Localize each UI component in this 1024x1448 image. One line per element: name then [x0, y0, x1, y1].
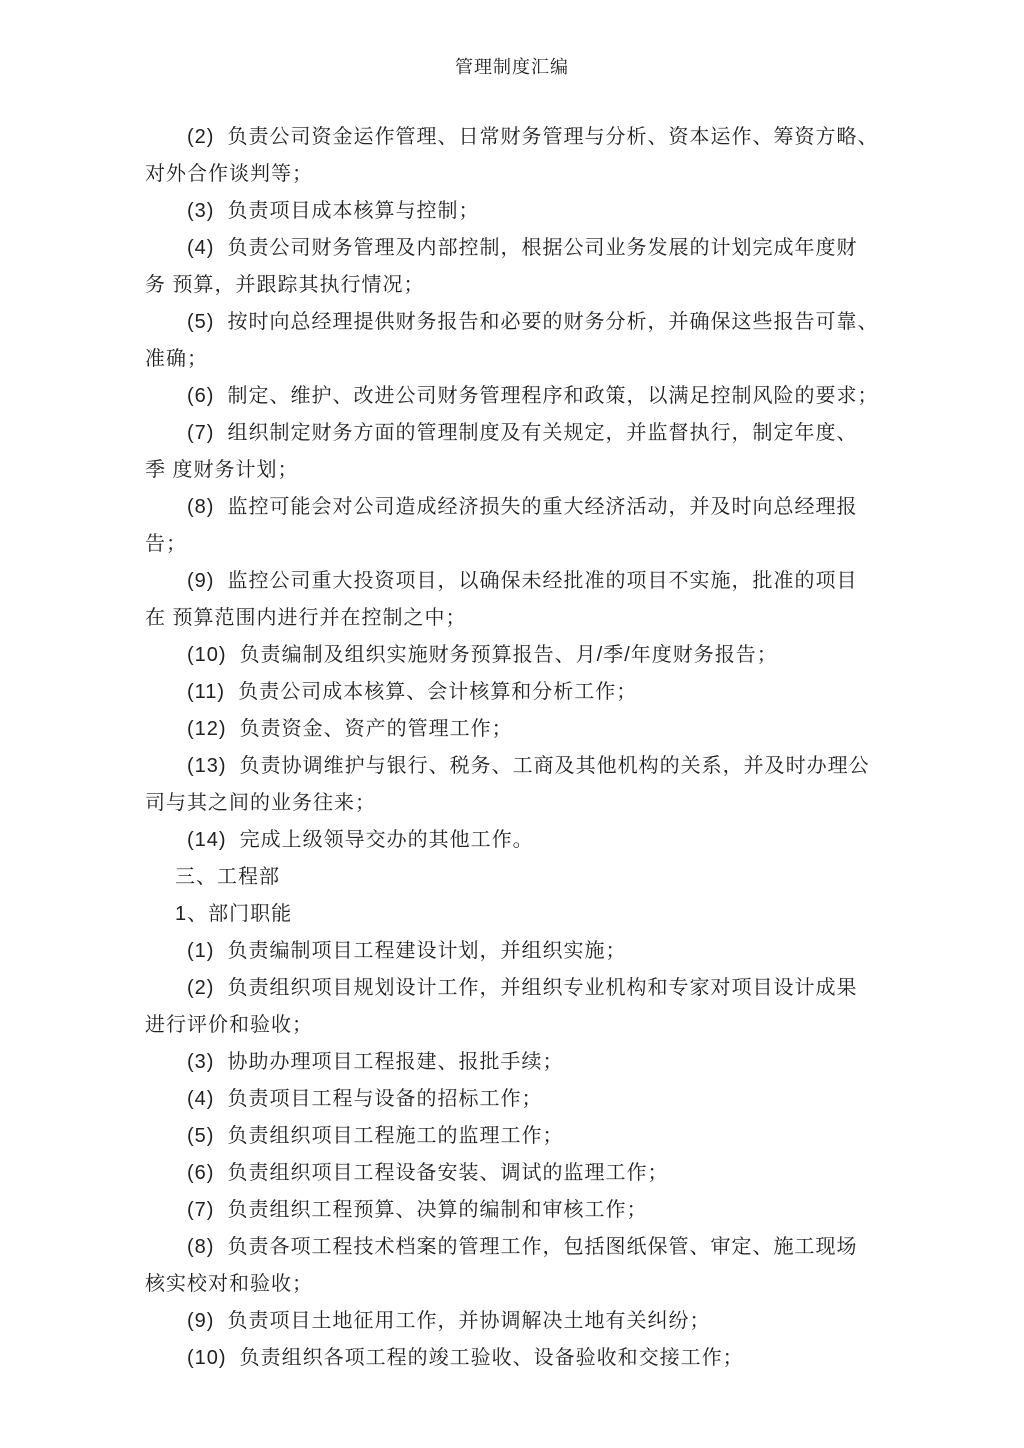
- text-line: 在 预算范围内进行并在控制之中；: [145, 600, 894, 637]
- text-line: (10) 负责组织各项工程的竣工验收、设备验收和交接工作；: [145, 1340, 894, 1377]
- text-line: 司与其之间的业务往来；: [145, 785, 894, 822]
- text-line: (8) 监控可能会对公司造成经济损失的重大经济活动，并及时向总经理报: [145, 489, 894, 526]
- text-line: 季 度财务计划；: [145, 452, 894, 489]
- text-line: (4) 负责公司财务管理及内部控制，根据公司业务发展的计划完成年度财: [145, 230, 894, 267]
- text-line: (10) 负责编制及组织实施财务预算报告、月/季/年度财务报告；: [145, 637, 894, 674]
- text-line: (1) 负责编制项目工程建设计划，并组织实施；: [145, 933, 894, 970]
- text-line: (3) 协助办理项目工程报建、报批手续；: [145, 1044, 894, 1081]
- text-line: (6) 制定、维护、改进公司财务管理程序和政策，以满足控制风险的要求；: [145, 378, 894, 415]
- text-line: (3) 负责项目成本核算与控制；: [145, 193, 894, 230]
- text-line: 告；: [145, 526, 894, 563]
- text-line: 进行评价和验收；: [145, 1007, 894, 1044]
- section-heading: 三、工程部: [145, 859, 894, 896]
- document-body: (2) 负责公司资金运作管理、日常财务管理与分析、资本运作、筹资方略、 对外合作…: [0, 119, 1024, 1377]
- document-header-title: 管理制度汇编: [0, 0, 1024, 79]
- document-page: 管理制度汇编 (2) 负责公司资金运作管理、日常财务管理与分析、资本运作、筹资方…: [0, 0, 1024, 1448]
- text-line: (14) 完成上级领导交办的其他工作。: [145, 822, 894, 859]
- text-line: (7) 负责组织工程预算、决算的编制和审核工作；: [145, 1192, 894, 1229]
- subsection-heading: 1、部门职能: [145, 896, 894, 933]
- text-line: (9) 负责项目土地征用工作，并协调解决土地有关纠纷；: [145, 1303, 894, 1340]
- text-line: 务 预算，并跟踪其执行情况；: [145, 267, 894, 304]
- text-line: (11) 负责公司成本核算、会计核算和分析工作；: [145, 674, 894, 711]
- text-line: (5) 负责组织项目工程施工的监理工作；: [145, 1118, 894, 1155]
- text-line: 准确；: [145, 341, 894, 378]
- text-line: (8) 负责各项工程技术档案的管理工作，包括图纸保管、审定、施工现场: [145, 1229, 894, 1266]
- text-line: (4) 负责项目工程与设备的招标工作；: [145, 1081, 894, 1118]
- text-line: 对外合作谈判等；: [145, 156, 894, 193]
- text-line: (5) 按时向总经理提供财务报告和必要的财务分析，并确保这些报告可靠、: [145, 304, 894, 341]
- text-line: (2) 负责公司资金运作管理、日常财务管理与分析、资本运作、筹资方略、: [145, 119, 894, 156]
- text-line: 核实校对和验收；: [145, 1266, 894, 1303]
- text-line: (6) 负责组织项目工程设备安装、调试的监理工作；: [145, 1155, 894, 1192]
- text-line: (7) 组织制定财务方面的管理制度及有关规定，并监督执行，制定年度、: [145, 415, 894, 452]
- text-line: (13) 负责协调维护与银行、税务、工商及其他机构的关系，并及时办理公: [145, 748, 894, 785]
- text-line: (12) 负责资金、资产的管理工作；: [145, 711, 894, 748]
- text-line: (2) 负责组织项目规划设计工作，并组织专业机构和专家对项目设计成果: [145, 970, 894, 1007]
- text-line: (9) 监控公司重大投资项目，以确保未经批准的项目不实施，批准的项目: [145, 563, 894, 600]
